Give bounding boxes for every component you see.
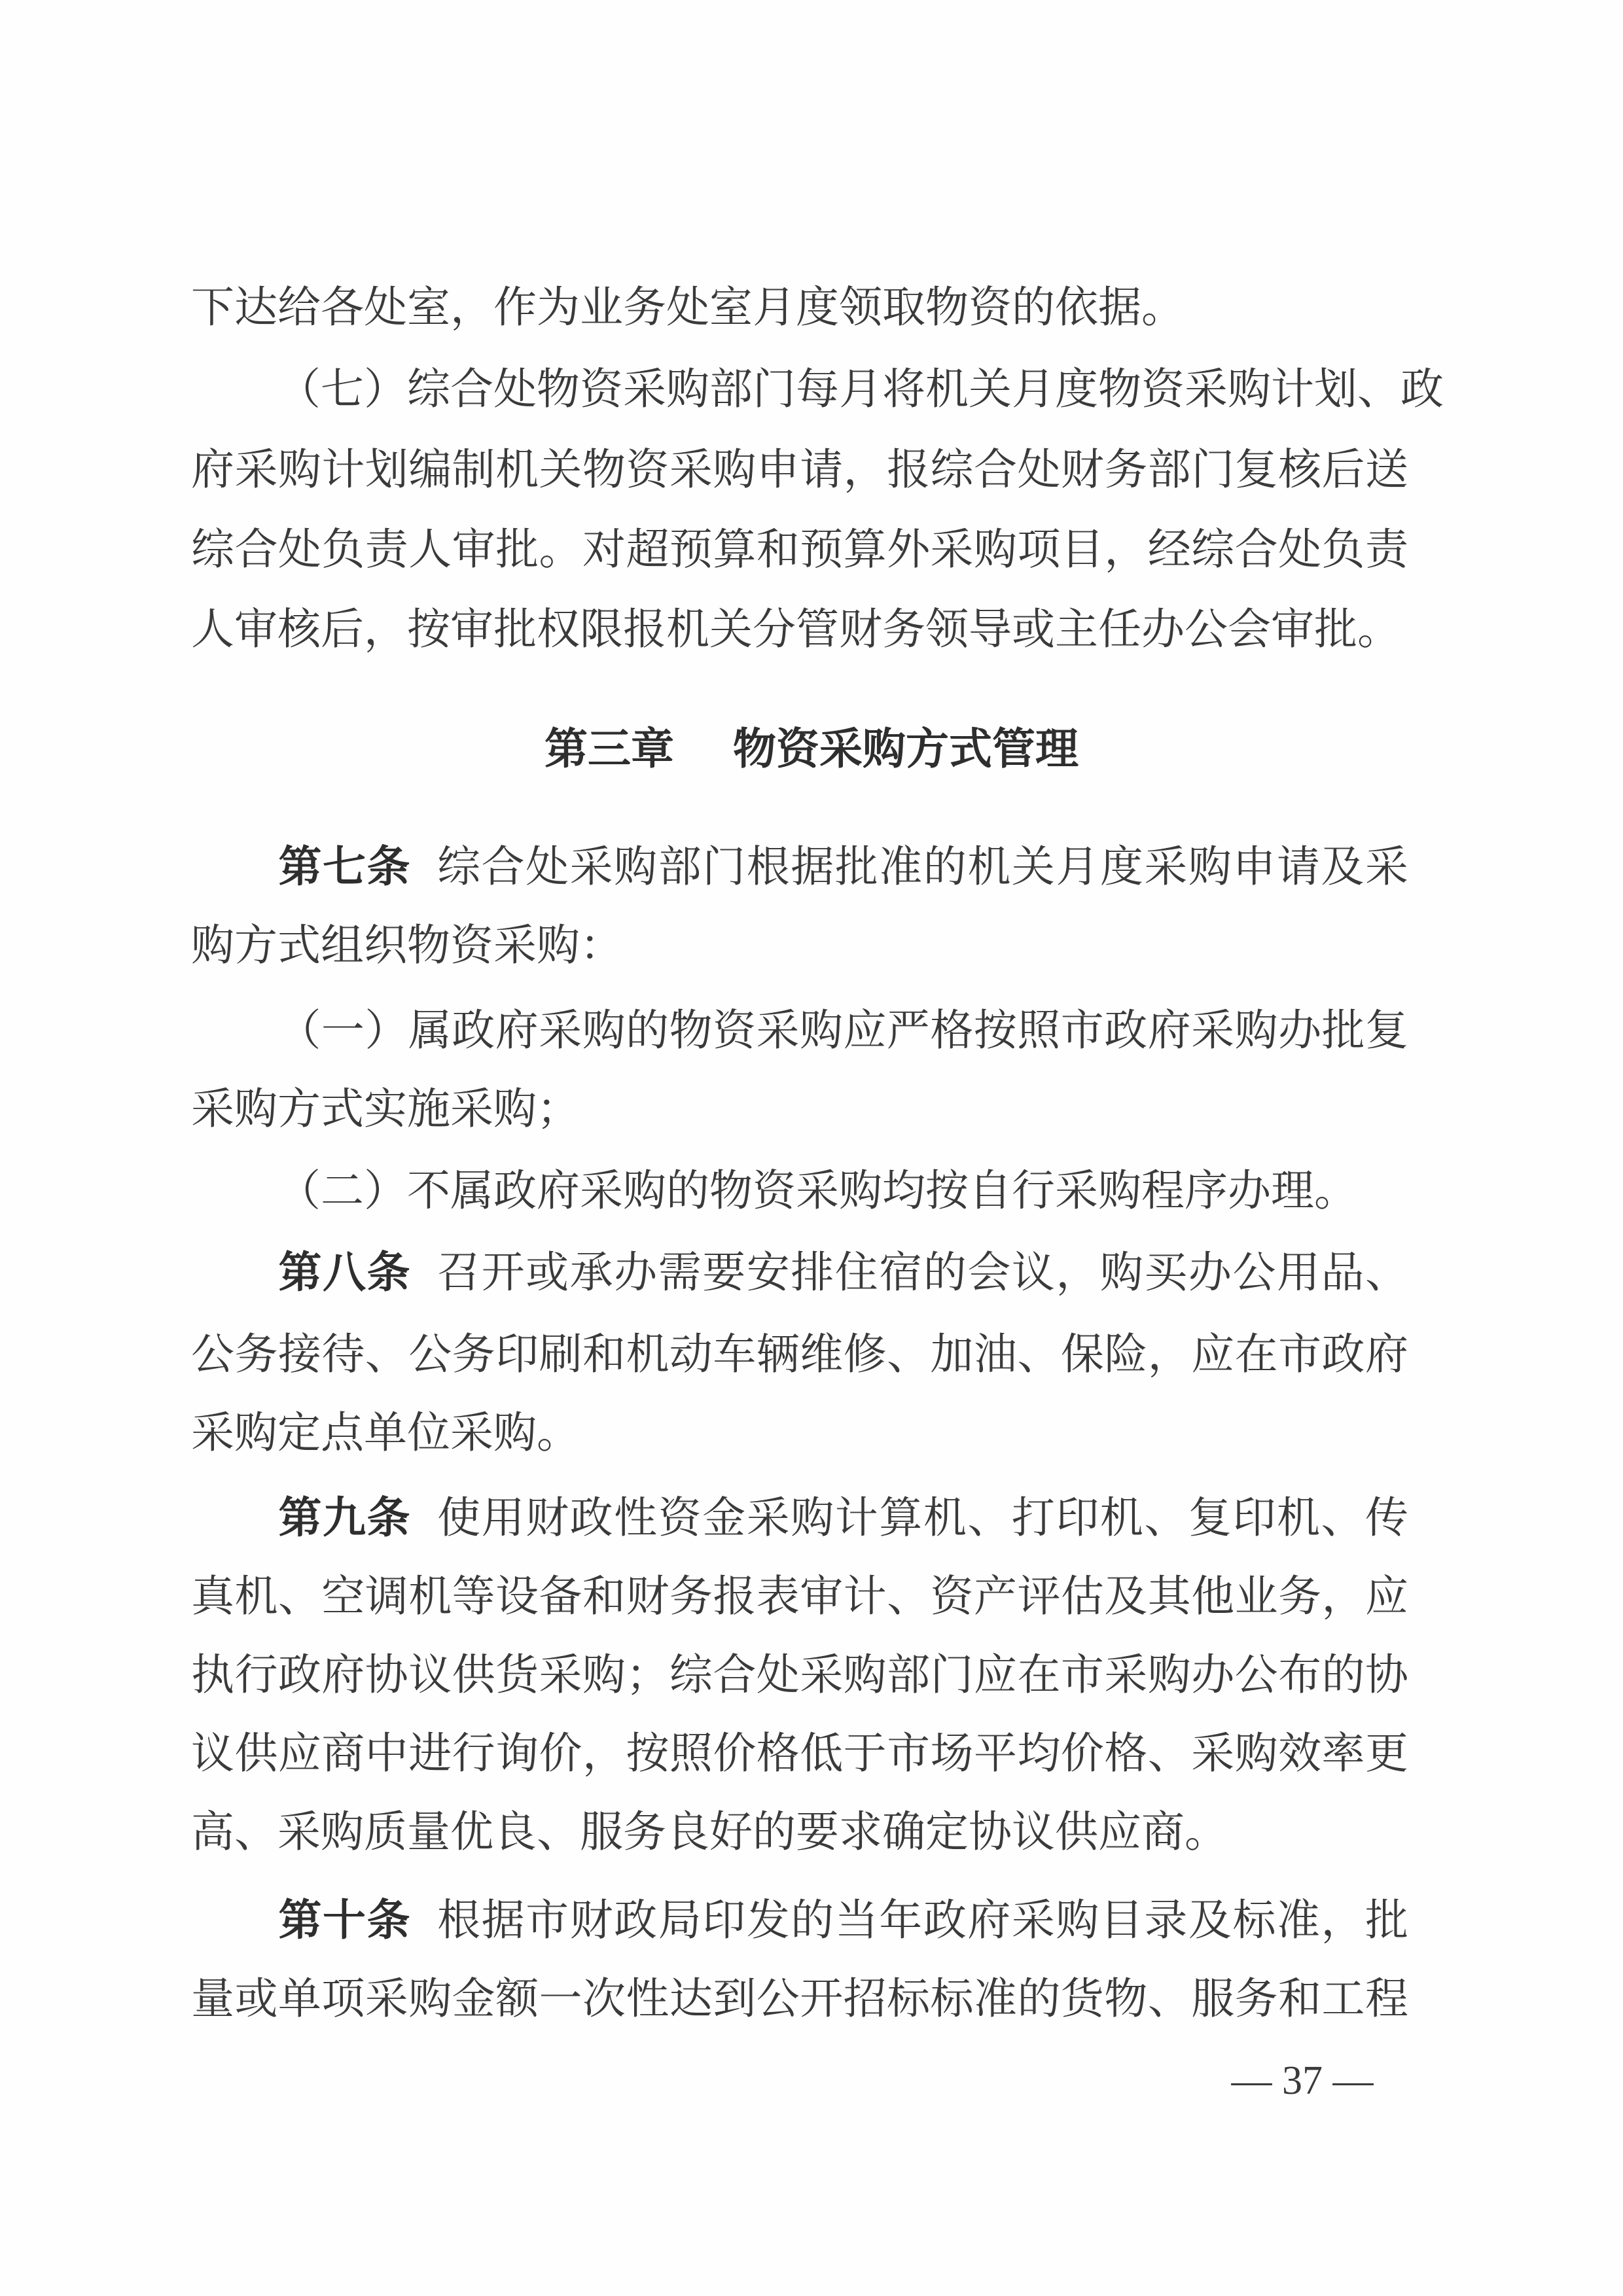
article-8-line: 公务接待、公务印刷和机动车辆维修、加油、保险，应在市政府 xyxy=(191,1322,1408,1387)
item-1-line: 采购方式实施采购； xyxy=(191,1076,1408,1142)
chapter-title: 物资采购方式管理 xyxy=(733,724,1079,774)
article-label: 第七条 xyxy=(277,841,411,892)
item-1-line: （一）属政府采购的物资采购应严格按照市政府采购办批复 xyxy=(191,998,1408,1063)
article-label: 第九条 xyxy=(277,1492,411,1543)
article-text: 综合处采购部门根据批准的机关月度采购申请及采 xyxy=(437,841,1408,892)
paragraph-line: 综合处负责人审批。对超预算和预算外采购项目，经综合处负责 xyxy=(191,517,1408,582)
article-label: 第十条 xyxy=(277,1895,411,1945)
item-seven-text: （七）综合处物资采购部门每月将机关月度物资采购计划、政 xyxy=(277,364,1444,414)
article-7-line: 购方式组织物资采购： xyxy=(191,913,1408,978)
article-9-line: 高、采购质量优良、服务良好的要求确定协议供应商。 xyxy=(191,1799,1408,1865)
item-text: （二）不属政府采购的物资采购均按自行采购程序办理。 xyxy=(277,1165,1357,1216)
article-label: 第八条 xyxy=(277,1247,411,1298)
article-10-line: 量或单项采购金额一次性达到公开招标标准的货物、服务和工程 xyxy=(191,1966,1408,2032)
item-text: （一）属政府采购的物资采购应严格按照市政府采购办批复 xyxy=(277,1005,1408,1055)
article-text: 使用财政性资金采购计算机、打印机、复印机、传 xyxy=(437,1492,1408,1543)
article-9-line: 第九条使用财政性资金采购计算机、打印机、复印机、传 xyxy=(191,1485,1408,1551)
chapter-heading: 第三章物资采购方式管理 xyxy=(0,713,1623,785)
paragraph-line: 府采购计划编制机关物资采购申请，报综合处财务部门复核后送 xyxy=(191,437,1408,503)
page-number: — 37 — xyxy=(1217,2055,1387,2107)
paragraph-line: 人审核后，按审批权限报机关分管财务领导或主任办公会审批。 xyxy=(191,597,1408,662)
article-8-line: 采购定点单位采购。 xyxy=(191,1400,1408,1466)
item-2-line: （二）不属政府采购的物资采购均按自行采购程序办理。 xyxy=(191,1158,1408,1224)
article-8-line: 第八条召开或承办需要安排住宿的会议，购买办公用品、 xyxy=(191,1240,1408,1305)
paragraph-line: （七）综合处物资采购部门每月将机关月度物资采购计划、政 xyxy=(191,357,1408,422)
article-text: 召开或承办需要安排住宿的会议，购买办公用品、 xyxy=(437,1247,1408,1298)
article-7-line: 第七条综合处采购部门根据批准的机关月度采购申请及采 xyxy=(191,834,1408,900)
paragraph-line: 下达给各处室，作为业务处室月度领取物资的依据。 xyxy=(191,275,1408,340)
article-9-line: 议供应商中进行询价，按照价格低于市场平均价格、采购效率更 xyxy=(191,1721,1408,1786)
article-text: 根据市财政局印发的当年政府采购目录及标准，批 xyxy=(437,1895,1408,1945)
chapter-number: 第三章 xyxy=(544,724,674,774)
article-9-line: 真机、空调机等设备和财务报表审计、资产评估及其他业务，应 xyxy=(191,1564,1408,1629)
article-9-line: 执行政府协议供货采购；综合处采购部门应在市采购办公布的协 xyxy=(191,1642,1408,1708)
document-page: 下达给各处室，作为业务处室月度领取物资的依据。 （七）综合处物资采购部门每月将机… xyxy=(0,0,1623,2296)
article-10-line: 第十条根据市财政局印发的当年政府采购目录及标准，批 xyxy=(191,1888,1408,1953)
